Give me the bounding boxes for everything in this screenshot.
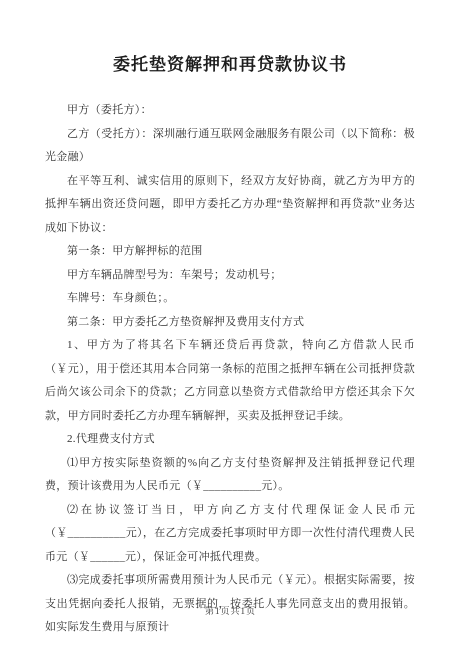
- document-title: 委托垫资解押和再贷款协议书: [45, 50, 415, 75]
- paragraph-article2-title: 第二条：甲方委托乙方垫资解押及费用支付方式: [45, 311, 415, 335]
- document-body: 甲方（委托方）： 乙方（受托方）：深圳融行通互联网金融服务有限公司（以下简称：极…: [45, 99, 415, 640]
- document-page: 委托垫资解押和再贷款协议书 甲方（委托方）： 乙方（受托方）：深圳融行通互联网金…: [0, 0, 461, 653]
- paragraph-preamble: 在平等互利、诚实信用的原则下，经双方友好协商，就乙方为甲方的抵押车辆出资还贷问题…: [45, 170, 415, 241]
- paragraph-party-a: 甲方（委托方）：: [45, 99, 415, 123]
- paragraph-fee-item-2: ⑵在协议签订当日，甲方向乙方支付代理保证金人民币元（￥__________元），…: [45, 499, 415, 570]
- paragraph-plate-color: 车牌号：车身颜色；。: [45, 287, 415, 311]
- paragraph-article1-title: 第一条：甲方解押标的范围: [45, 240, 415, 264]
- page-number-indicator: 第1页共1页: [0, 604, 461, 617]
- paragraph-clause-1: 1、甲方为了将其名下车辆还贷后再贷款，特向乙方借款人民币（￥元），用于偿还其用本…: [45, 334, 415, 428]
- paragraph-clause-2: 2.代理费支付方式: [45, 428, 415, 452]
- paragraph-party-b: 乙方（受托方）：深圳融行通互联网金融服务有限公司（以下简称：极光金融）: [45, 123, 415, 170]
- paragraph-vehicle-info: 甲方车辆品牌型号为：车架号；发动机号；: [45, 264, 415, 288]
- paragraph-fee-item-1: ⑴甲方按实际垫资额的%向乙方支付垫资解押及注销抵押登记代理费，预计该费用为人民币…: [45, 452, 415, 499]
